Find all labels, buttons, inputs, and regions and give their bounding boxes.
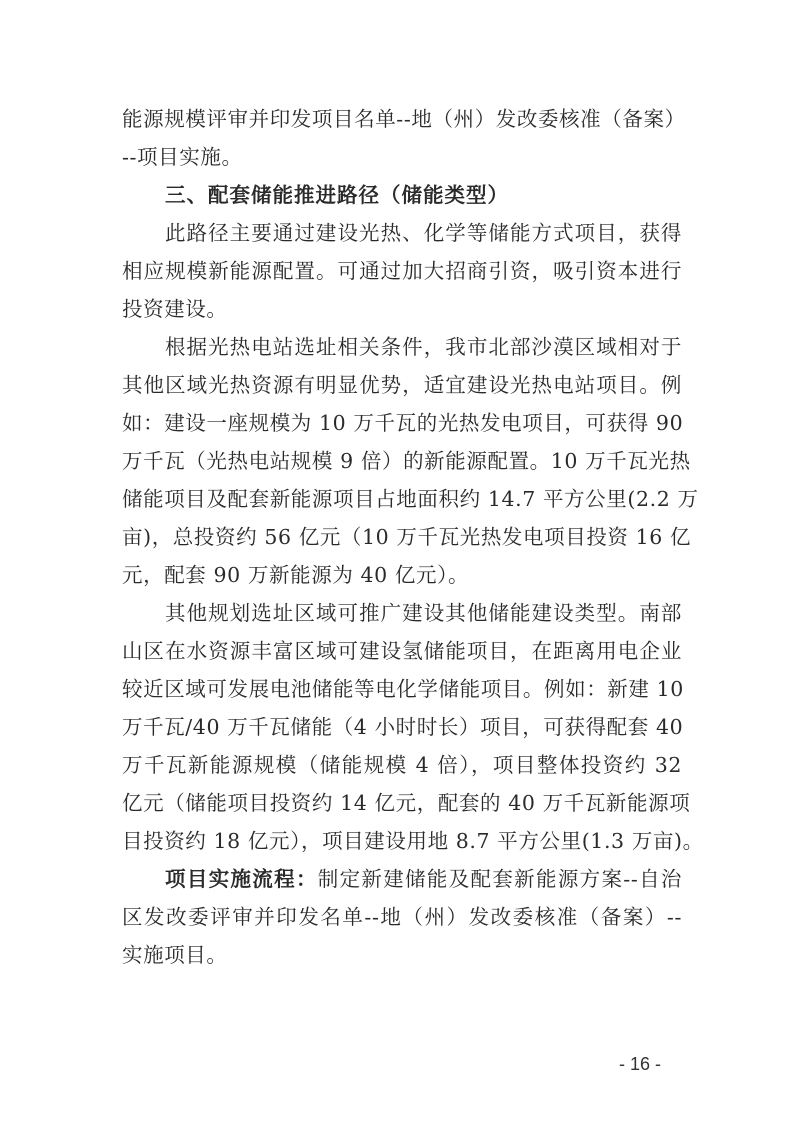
paragraph-line: 山区在水资源丰富区域可建设氢储能项目，在距离用电企业 bbox=[122, 632, 682, 670]
paragraph-line: 万千瓦（光热电站规模 9 倍）的新能源配置。10 万千瓦光热 bbox=[122, 442, 682, 480]
paragraph-line: 其他区域光热资源有明显优势，适宜建设光热电站项目。例 bbox=[122, 366, 682, 404]
paragraph-line: 区发改委评审并印发名单--地（州）发改委核准（备案）-- bbox=[122, 898, 682, 936]
paragraph-line: 能源规模评审并印发项目名单--地（州）发改委核准（备案） bbox=[122, 100, 682, 138]
paragraph-line: 目投资约 18 亿元），项目建设用地 8.7 平方公里(1.3 万亩)。 bbox=[122, 822, 682, 860]
paragraph-line: 根据光热电站选址相关条件，我市北部沙漠区域相对于 bbox=[122, 328, 682, 366]
paragraph-line: 万千瓦/40 万千瓦储能（4 小时时长）项目，可获得配套 40 bbox=[122, 708, 682, 746]
paragraph-line: 元，配套 90 万新能源为 40 亿元）。 bbox=[122, 556, 682, 594]
flow-label: 项目实施流程： bbox=[165, 867, 318, 891]
section-heading: 三、配套储能推进路径（储能类型） bbox=[122, 176, 682, 214]
paragraph-line: 其他规划选址区域可推广建设其他储能建设类型。南部 bbox=[122, 594, 682, 632]
flow-text: 制定新建储能及配套新能源方案--自治 bbox=[318, 867, 682, 891]
paragraph-line: 投资建设。 bbox=[122, 290, 682, 328]
paragraph-line: 实施项目。 bbox=[122, 936, 682, 974]
paragraph-line: 储能项目及配套新能源项目占地面积约 14.7 平方公里(2.2 万 bbox=[122, 480, 682, 518]
document-page: 能源规模评审并印发项目名单--地（州）发改委核准（备案） --项目实施。 三、配… bbox=[0, 0, 800, 1131]
paragraph-line: 此路径主要通过建设光热、化学等储能方式项目，获得 bbox=[122, 214, 682, 252]
flow-paragraph-line: 项目实施流程：制定新建储能及配套新能源方案--自治 bbox=[122, 860, 682, 898]
paragraph-line: 较近区域可发展电池储能等电化学储能项目。例如：新建 10 bbox=[122, 670, 682, 708]
paragraph-line: 万千瓦新能源规模（储能规模 4 倍），项目整体投资约 32 bbox=[122, 746, 682, 784]
paragraph-line: --项目实施。 bbox=[122, 138, 682, 176]
page-number: - 16 - bbox=[600, 1054, 680, 1075]
body-text: 能源规模评审并印发项目名单--地（州）发改委核准（备案） --项目实施。 三、配… bbox=[122, 100, 682, 974]
paragraph-line: 相应规模新能源配置。可通过加大招商引资，吸引资本进行 bbox=[122, 252, 682, 290]
paragraph-line: 亿元（储能项目投资约 14 亿元，配套的 40 万千瓦新能源项 bbox=[122, 784, 682, 822]
paragraph-line: 如：建设一座规模为 10 万千瓦的光热发电项目，可获得 90 bbox=[122, 404, 682, 442]
paragraph-line: 亩)，总投资约 56 亿元（10 万千瓦光热发电项目投资 16 亿 bbox=[122, 518, 682, 556]
